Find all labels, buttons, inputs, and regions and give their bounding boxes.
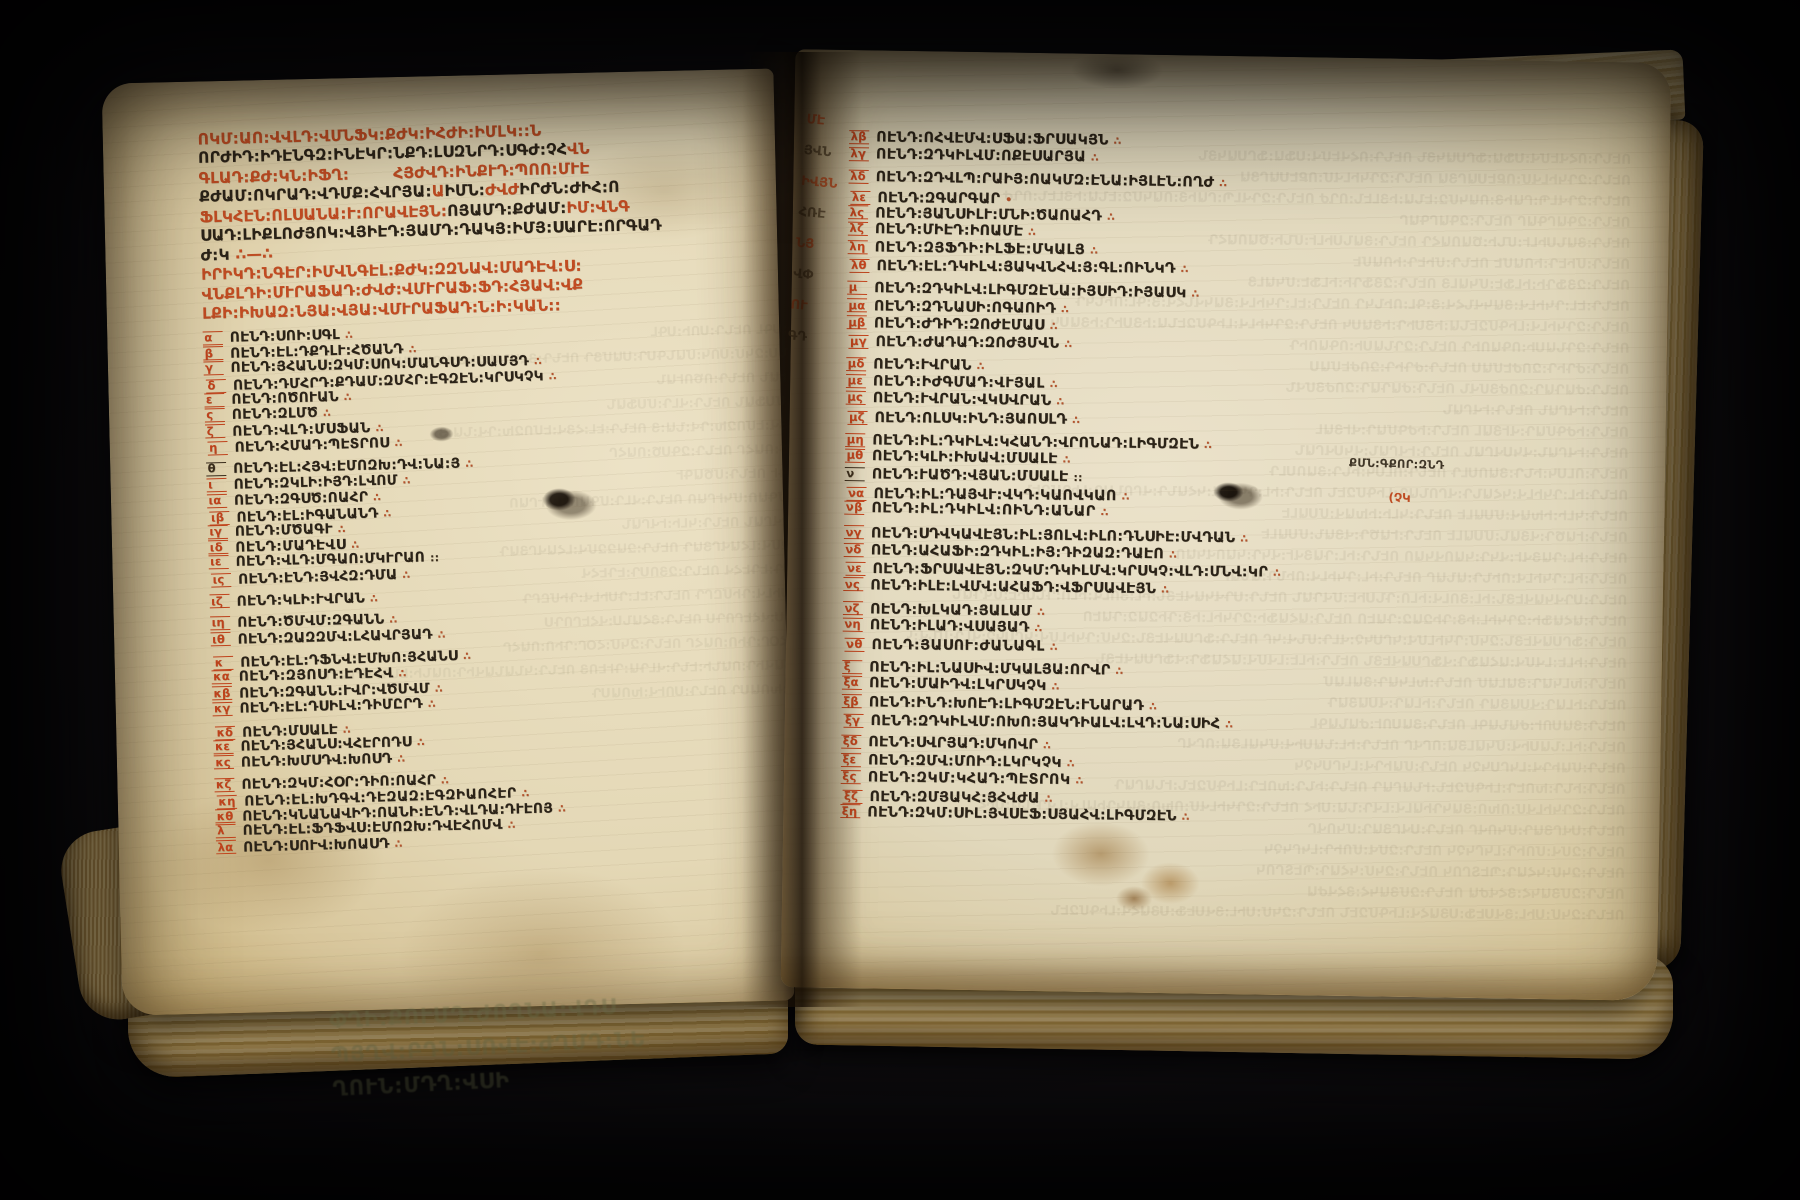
header-segment: ԻՄՆ: <box>444 181 485 200</box>
entry-text: ՈԷՆԴ:ՄԻԷԴ:ԻՈԱՄԷ <box>875 221 1023 239</box>
entry-number: κς <box>214 755 234 770</box>
entry-number: μδ <box>846 357 866 371</box>
entry-number: κε <box>213 740 233 755</box>
entry-text: ՈԷՆԴ:ԻՆԴ:ԽՈԷԴ:ԼԻԳՄԶԷՆ:ՒՆԱՐԱԴ <box>869 694 1144 714</box>
entry-number: κα <box>211 669 231 683</box>
entry-number: λα <box>216 840 236 855</box>
entry-text: ՈԷՆԴ:ՈԼՍԿ:ԻՆԴ:ՅԱՈՍԼԴ <box>874 410 1067 428</box>
entry-text: ՈԷՆԴ:ԶՅՖԴԻ:ԻԼՖԷ:ՄԿԱԼՅ <box>875 240 1086 259</box>
entry-end-mark: ∴ <box>435 682 443 695</box>
entry-number: νη <box>843 617 863 631</box>
entry-end-mark: :: <box>1073 471 1082 484</box>
entry-number: κη <box>217 794 238 809</box>
entry-end-mark: ∴ <box>1043 739 1051 752</box>
entry-number: ξε <box>841 753 861 767</box>
entry-number: ζ <box>205 424 225 439</box>
manuscript-photo: ՈԷՆԴ:ՍՈԻ:ՍԳԼ ՈԷՆԴ:ՍՈԻ:ՍԳԼՈԷՆԴ:ՅՀԱՆՍ:ԶԿՄ:… <box>0 0 1800 1200</box>
entry-end-mark: ∴ <box>344 391 352 404</box>
entry-text: ՈԷՆԴ:ԿԼԻ:ԻԽԱՎ:ՄՍԱԼԷ <box>872 448 1058 467</box>
entry-number: ιζ <box>209 594 229 609</box>
entry-text: ՈԷՆԴ:ԶԼՄԾ <box>232 405 319 423</box>
entry-text: ՈԷՆԴ:ԶՄՅԱԿՀ:ՅՀՎԺԱ <box>869 789 1039 806</box>
entry-number: γ <box>203 361 223 375</box>
entry-number: ιγ <box>208 525 228 540</box>
entry-text: ՈԷՆԴ:ԶՅՈՍԴ:ԷԴԷՀՎ <box>239 665 394 685</box>
entry-text: ՈԷՆԴ:ԻԼԱԴ:ՎՍԱՅԱԴ <box>870 617 1030 636</box>
entry-end-mark: ∴ <box>417 736 425 749</box>
entry-end-mark: ∴ <box>397 752 405 765</box>
entry-number: κζ <box>214 777 234 791</box>
entry-text: ՈԷՆԴ:ՍՎՐՅԱԴ:ՄԿՈՎՐ <box>868 734 1038 753</box>
entry-end-mark: ∴ <box>1182 810 1190 823</box>
entry-end-mark: ∴ <box>375 421 383 434</box>
entry-number: λ <box>216 824 236 838</box>
entry-end-mark: • <box>1005 193 1012 206</box>
entry-number: β <box>203 346 223 361</box>
gutter-fragment: ԳԴ <box>787 328 834 347</box>
entry-end-mark: ∴ <box>441 774 449 787</box>
entry-text: ՈԷՆԴ:ԶԴԿԻԼՎՄ:ՈՔԷՍԱՐՅԱ <box>876 147 1086 166</box>
entry-number: μγ <box>848 334 868 348</box>
entry-end-mark: ∴ <box>351 538 359 551</box>
entry-end-mark: ∴ <box>463 650 471 663</box>
entry-end-mark: ∴ <box>1067 757 1075 770</box>
entry-end-mark: ∴ <box>558 802 566 815</box>
chapter-list-right: λβՈԷՆԴ:ՈՀՎԷՄՎ:ՍՖԱ:ՖՐՍԱԿՅՆ∴λγՈԷՆԴ:ԶԴԿԻԼՎՄ… <box>840 129 1649 831</box>
gutter-fragment: ՈՒ <box>790 297 837 316</box>
marginal-note-red: (ՉԿ <box>1388 490 1411 505</box>
entry-text: ՈԷՆԴ:ԶԴԿԻԼՎՄ:ՈԽՈ:ՅԱԿԴԻԱԼՎ:ԼՎԴ:ՆԱ:ՍԻՀ <box>870 713 1220 732</box>
header-segment: ԻՄ:ՎՆԳ <box>566 197 630 217</box>
entry-number: α <box>203 331 223 346</box>
entry-text: ՈԷՆԴ:ՒՎՐԱՆ <box>873 357 972 374</box>
entry-number: μα <box>847 298 867 312</box>
entry-number: νς <box>843 577 863 591</box>
entry-number: θ <box>206 461 226 475</box>
entry-number: κδ <box>215 725 235 740</box>
entry-text: ՈԷՆԴ:ԻԺԳՄԱԴ:ՎՒՅԱԼ <box>873 374 1045 392</box>
gutter-text-fragments: ՄԷՅՎՆԻՎՅՆՀՌԷՆՅՎՓՈՒԳԴ <box>786 112 853 363</box>
chapter-list-left: αՈԷՆԴ:ՍՈԻ:ՍԳԼ∴βՈԷՆԴ:ԷԼ:ԴՔԴԼՒ:ՀԾԱՆԴ∴γՈԷՆԴ… <box>203 316 777 856</box>
entry-text: ՈԷՆԴ:ԶԴՎԼՊ:ՐԱԻՅ:ՈԱԿՄԶ:ԷՆԱ:ԻՅԼԷՆ:ՈՂԺ <box>876 170 1215 192</box>
entry-end-mark: ∴ <box>549 370 557 383</box>
entry-text: ՈԷՆԴ:ԶՄՎ:ՄՈԻԴ:ԼԿՐԿՉԿ <box>868 753 1062 772</box>
entry-number: μβ <box>847 315 867 329</box>
ghost-line: ՈԷՆԴ:ԶՄՅԱԿՀ:ՅՀՎԺԱ ՈԷՆԴ:ԶՄՅԱԿՀ:ՅՀՎԺԱ <box>905 879 1625 906</box>
entry-end-mark: ∴ <box>1191 287 1199 300</box>
stain-gap <box>349 178 393 179</box>
entry-number: λζ <box>848 221 868 235</box>
entry-text: ՈԷՆԴ:ՖՐՍԱՎԷՅՆ:ԶԿՄ:ԴԿԻԼՄՎ:ԿՐՍԿՉ:ՎԼԴ:ՄՆՎ:Կ… <box>872 561 1268 580</box>
entry-number: να <box>846 486 866 500</box>
entry-end-mark: ∴ <box>1051 681 1059 694</box>
entry-end-mark: ∴ <box>977 360 985 373</box>
entry-end-mark: ∴ <box>394 437 402 450</box>
entry-end-mark: ∴ <box>343 723 351 736</box>
entry-number: μς <box>846 390 866 404</box>
entry-number: ιβ <box>209 510 229 525</box>
marginal-note: ՔՄՆ:ԳՔՈՐ:ԶՆԴ <box>1349 455 1445 471</box>
entry-end-mark: ∴ <box>1169 548 1177 561</box>
entry-end-mark: ∴ <box>323 407 331 420</box>
entry-end-mark: ∴ <box>1072 414 1080 427</box>
entry-number: μ <box>847 280 867 294</box>
entry-text: ՈԷՆԴ:ԺԴԻԴ:ԶՈԺԷՄԱՍ <box>874 315 1045 333</box>
entry-number: νζ <box>843 601 863 615</box>
entry-number: ια <box>207 493 227 508</box>
entry-number: λε <box>850 190 870 204</box>
header-segment: ՔԺԱՄ:ՈԿՐԱԴ:ՎԴՄՔ:ՀՎՐՅԱ: <box>199 183 432 206</box>
entry-end-mark: ∴ <box>398 667 406 680</box>
entry-text: ՈԷՆԴ:ՀՄԱԴ:ՊԷՏՐՈՍ <box>234 435 389 456</box>
entry-end-mark: ∴ <box>1056 395 1064 408</box>
entry-number: λς <box>848 205 868 219</box>
entry-number: νε <box>845 562 865 576</box>
entry-text: ՈԷՆԴ:ԺԱԴԱԴ:ԶՈԺՅՄՎՆ <box>875 334 1059 352</box>
entry-text: ՈԷՆԴ:ԽՄՍԴՎ:ԽՈՍԴ <box>241 751 393 771</box>
entry-number: κθ <box>215 809 235 824</box>
entry-number: ιδ <box>208 540 228 555</box>
entry-number: λη <box>848 240 868 254</box>
entry-end-mark: ∴ <box>345 329 353 342</box>
entry-end-mark: ∴ <box>1034 622 1042 635</box>
entry-end-mark: ∴ <box>1090 244 1098 257</box>
entry-text: ՈԷՆԴ:ՒԱԾԴ:ՎՅԱՆ:ՄՍԱԼԷ <box>872 467 1069 486</box>
entry-end-mark: ∴ <box>1091 151 1099 164</box>
entry-number: νγ <box>844 525 864 539</box>
entry-end-mark: ∴ <box>403 475 411 488</box>
entry-number: ς <box>205 408 225 422</box>
entry-text: ՈԷՆԴ:ԶԴՆԱՍԻ:ՈԳԱՈԻԴ <box>874 298 1056 316</box>
entry-number: κγ <box>212 701 232 716</box>
entry-number: ιη <box>210 616 230 630</box>
entry-text: ՈԷՆԴ:ԷՆԴ:ՅՎՀԶ:ԴՄԱ <box>238 567 398 588</box>
entry-end-mark: ∴ <box>465 457 473 470</box>
entry-number: ξ <box>842 660 862 674</box>
right-page: ՈԷՆԴ:ՈՀՎԷՄՎ:ՍՖԱ:ՖՐՍԱԿՅՆ ՈԷՆԴ:ՈՀՎԷՄՎ:ՍՖԱ:… <box>781 49 1672 1001</box>
entry-end-mark: ∴ <box>521 787 530 800</box>
entry-text: ՈԷՆԴ:ԷԼ:ԴԿԻԼՎ:ՅԱԿՎՆՀՎ:Յ:ԳԼ:ՈԻՆԿԴ <box>876 258 1175 277</box>
entry-end-mark: ∴ <box>394 837 402 850</box>
entry-end-mark: ∴ <box>1107 210 1115 223</box>
entry-end-mark: ∴ <box>1149 700 1157 713</box>
entry-text: ՈԷՆԴ:ԽԼԿԱԴ:ՅԱԼԱՄ <box>870 601 1032 619</box>
entry-number: ξς <box>841 770 861 784</box>
entry-number: με <box>846 374 866 388</box>
entry-number: δ <box>206 378 226 393</box>
entry-number: ξζ <box>842 789 862 803</box>
entry-end-mark: ∴ <box>1115 665 1123 678</box>
entry-end-mark: ∴ <box>1050 641 1058 654</box>
ghost-line: ՈԷՆԴ:ԶՄՎ:ՄՈԻԴ:ԼԿՐԿՉԿ ՈԷՆԴ:ԶՄՎ:ՄՈԻԴ:ԼԿՐԿՉ… <box>905 837 1625 864</box>
gutter-fragment: ՀՌԷ <box>798 205 845 224</box>
gutter-fragment: ԻՎՅՆ <box>801 174 848 193</box>
entry-end-mark: ∴ <box>370 592 378 605</box>
entry-number: κβ <box>212 686 232 701</box>
entry-number: ιε <box>208 555 228 569</box>
entry-end-mark: ∴ <box>508 819 516 832</box>
entry-end-mark: ∴ <box>1050 320 1058 333</box>
header-segment: Ա <box>432 182 445 200</box>
entry-number: λθ <box>849 259 869 273</box>
entry-end-mark: ∴ <box>1045 792 1053 805</box>
entry-end-mark: ∴ <box>1122 490 1130 503</box>
entry-text: ՈԷՆԴ:ԻԼ:ԴԿԻԼՎ:ՈԻՆԴ:ԱՆԱՐ <box>871 500 1096 520</box>
entry-text: ՈԷՆԴ:ԿԼԻ:ՒՎՐԱՆ <box>236 590 365 609</box>
entry-end-mark: ∴ <box>437 628 445 641</box>
gutter-fragment: ՄԷ <box>806 112 853 131</box>
entry-number: ξγ <box>843 713 863 727</box>
entry-text: ՈԷՆԴ:ԶԳԱՐԳԱՐ <box>877 190 1000 207</box>
entry-end-mark: ∴ <box>373 491 381 504</box>
left-page: ՈԷՆԴ:ՍՈԻ:ՍԳԼ ՈԷՆԴ:ՍՈԻ:ՍԳԼՈԷՆԴ:ՅՀԱՆՍ:ԶԿՄ:… <box>102 68 795 1015</box>
entry-end-mark: ∴ <box>1061 303 1069 316</box>
entry-end-mark: ∴ <box>1101 506 1109 519</box>
gutter-fragment: ՅՎՆ <box>803 143 850 162</box>
header-segment: ԻՐԺՆ:ԺԻՀ:Ո <box>519 178 620 198</box>
entry-text: ՈԷՆԴ:ԱՀԱՖԻ:ԶԴԿԻԼ:ԻՅ:ԴԻԶԱԶ:ԴԱԷՈ <box>871 543 1164 563</box>
header-segment: ՎՆ <box>567 140 590 159</box>
entry-end-mark: ∴ <box>389 613 397 626</box>
ghost-line: ՈԷՆԴ:ԶԿՄ:ՍԻԼ:ՅՎՍԷՖ:ՍՅԱՀՎ:ԼԻԳՄԶԷՆ ՈԷՆԴ:ԶԿ… <box>904 900 1624 927</box>
entry-end-mark: ∴ <box>1161 583 1169 596</box>
entry-text: ՈԷՆԴ:ԶԿՄ:ԿՀԱԴ:ՊԷՏՐՈԿ <box>868 770 1071 789</box>
entry-text: ՈԷՆԴ:ԶԴԿԻԼՎ:ԼԻԳՄԶԷՆԱ:ԻՅՍԻԴ:ԻՅԱՍԿ <box>874 280 1187 301</box>
entry-number: η <box>207 441 227 456</box>
entry-end-mark: ∴ <box>383 507 391 520</box>
entry-end-mark: ∴ <box>1273 567 1281 580</box>
entry-end-mark: ∴ <box>1037 605 1045 618</box>
entry-number: ε <box>204 393 224 408</box>
entry-number: ξδ <box>841 734 861 748</box>
header-segment: ԺՎԺ <box>485 180 520 199</box>
entry-text: ՈԷՆԴ:ՈՀՎԷՄՎ:ՍՖԱ:ՖՐՍԱԿՅՆ <box>876 129 1109 148</box>
entry-number: μζ <box>847 410 867 424</box>
entry-end-mark: ∴ <box>408 343 416 356</box>
entry-end-mark: :: <box>430 552 440 565</box>
entry-number: λβ <box>849 130 869 144</box>
entry-text: ՈԷՆԴ:ՄԱԻԴՎ:ԼԿՐՍԿՉԿ <box>869 676 1047 695</box>
entry-end-mark: ∴ <box>1050 378 1058 391</box>
entry-number: ξη <box>840 804 860 818</box>
entry-number: μη <box>845 433 865 447</box>
right-page-text-block: λβՈԷՆԴ:ՈՀՎԷՄՎ:ՍՖԱ:ՖՐՍԱԿՅՆ∴λγՈԷՆԴ:ԶԴԿԻԼՎՄ… <box>840 123 1649 831</box>
entry-end-mark: ∴ <box>1240 532 1248 545</box>
entry-end-mark: ∴ <box>534 355 542 368</box>
left-page-text-block: ՈԿՄ:ԱՈ:ՎՎԼԴ:ՎՄՆՖԿ:ՔԺԿ:ԻՀԺԻ:ԻՄԼԿ::ՆՈՐԺԻԴ:… <box>197 116 776 856</box>
entry-number: λδ <box>849 170 869 184</box>
incipit-and-rubric: ՈԿՄ:ԱՈ:ՎՎԼԴ:ՎՄՆՖԿ:ՔԺԿ:ԻՀԺԻ:ԻՄԼԿ::ՆՈՐԺԻԴ:… <box>197 116 762 325</box>
entry-end-mark: ∴ <box>1219 177 1227 190</box>
entry-number: ιθ <box>210 632 230 647</box>
entry-end-mark: ∴ <box>1113 135 1121 148</box>
ghost-line: ՈԷՆԴ:ԶԿՄ:ԿՀԱԴ:ՊԷՏՐՈԿ ՈԷՆԴ:ԶԿՄ:ԿՀԱԴ:ՊԷՏՐՈ… <box>905 858 1625 885</box>
entry-number: ν <box>845 467 865 481</box>
entry-end-mark: ∴ <box>1064 338 1072 351</box>
entry-text: ՈԷՆԴ:ԷԼ:ԴՍԻԼՎ:ԴԻՄԸՐԴ <box>239 696 423 717</box>
entry-text: ՈԷՆԴ:ՅԱՍՈՒ:ԺԱՆԱԳԼ <box>871 637 1044 655</box>
gutter-fragment: ՎՓ <box>793 267 840 286</box>
header-segment: ՈՅԱՄԴ:ՔԺԱՄ: <box>447 199 567 220</box>
entry-text: ՈԷՆԴ:ՍՈՒՎ:ԽՈԱՍԴ <box>243 836 390 856</box>
entry-end-mark: ∴ <box>1225 718 1233 731</box>
entry-number: ξβ <box>842 694 862 708</box>
entry-end-mark: ∴ <box>338 523 346 536</box>
entry-end-mark: ∴ <box>1181 263 1189 276</box>
entry-number: μθ <box>845 448 865 462</box>
entry-number: λγ <box>849 147 869 161</box>
entry-end-mark: ∴ <box>1063 453 1071 466</box>
entry-end-mark: ∴ <box>1204 439 1212 452</box>
entry-end-mark: ∴ <box>1076 774 1084 787</box>
entry-number: νθ <box>844 637 864 651</box>
entry-text: ՈԷՆԴ:ՄՍԱԼԷ <box>242 721 338 740</box>
gutter-fragment: ՆՅ <box>795 236 842 255</box>
entry-text: ՈԷՆԴ:ՒՎՐԱՆ:ՎԿՍՎՐԱՆ <box>873 390 1052 409</box>
entry-end-mark: ∴ <box>428 698 436 711</box>
entry-number: ις <box>211 572 231 587</box>
entry-end-mark: ∴ <box>402 568 410 581</box>
entry-number: νδ <box>844 543 864 557</box>
header-segment: ∴—∴ <box>235 245 273 264</box>
entry-number: ι <box>206 478 226 493</box>
entry-number: νβ <box>844 500 864 514</box>
entry-end-mark: ∴ <box>1028 226 1036 239</box>
header-segment: Ժ:Կ <box>200 246 235 265</box>
entry-number: ξα <box>842 676 862 690</box>
